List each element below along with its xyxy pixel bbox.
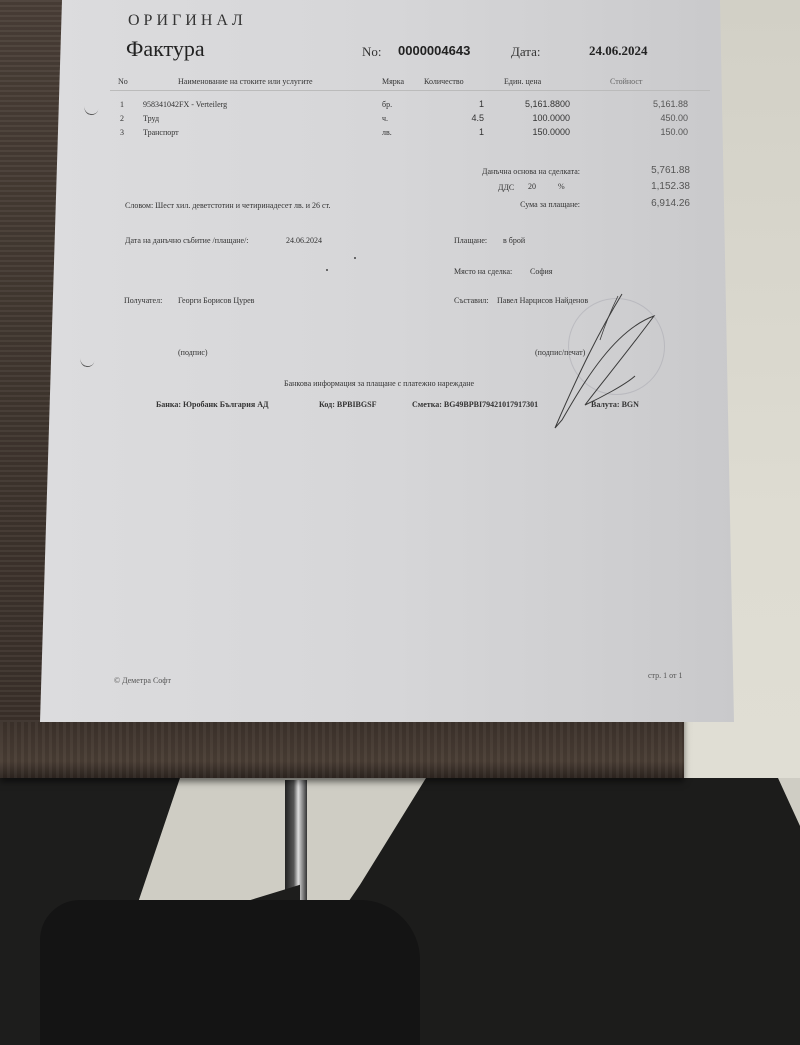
- desk-edge: [0, 722, 684, 778]
- col-header-no: No: [118, 77, 128, 86]
- vat-percent-sign: %: [558, 182, 565, 191]
- row-no: 2: [120, 114, 124, 123]
- signature-left-label: (подпис): [178, 348, 208, 357]
- row-price: 100.0000: [500, 113, 570, 123]
- row-unit: бр.: [382, 100, 392, 109]
- col-header-total: Стойност: [610, 77, 642, 86]
- row-name: Труд: [143, 114, 159, 123]
- recipient-label: Получател:: [124, 296, 162, 305]
- ink-dot: [326, 269, 328, 271]
- col-header-qty: Количество: [424, 77, 464, 86]
- row-name: Транспорт: [143, 128, 179, 137]
- place-value: София: [530, 267, 552, 276]
- row-price: 150.0000: [500, 127, 570, 137]
- row-total: 150.00: [600, 127, 688, 137]
- payment-label: Плащане:: [454, 236, 487, 245]
- row-price: 5,161.8800: [500, 99, 570, 109]
- bank-code: Код: BPBIBGSF: [319, 400, 376, 409]
- row-name: 958341042FX - Verteilerg: [143, 100, 227, 109]
- vat-label: ДДС: [498, 183, 514, 192]
- col-header-unit: Мярка: [382, 77, 404, 86]
- payment-method: в брой: [503, 236, 525, 245]
- recipient-name: Георги Борисов Цурев: [178, 296, 254, 305]
- tax-base-value: 5,761.88: [590, 165, 690, 176]
- row-qty: 1: [440, 99, 484, 109]
- pen-tick-mark: [79, 357, 95, 369]
- invoice-paper: ОРИГИНАЛ Фактура No: 0000004643 Дата: 24…: [40, 0, 734, 722]
- total-value: 6,914.26: [590, 198, 690, 209]
- invoice-number-label: No:: [362, 44, 382, 60]
- bank-account: Сметка: BG49BPBI79421017917301: [412, 400, 538, 409]
- amount-in-words: Словом: Шест хил. деветстотин и четирина…: [125, 201, 330, 210]
- ink-dot: [354, 257, 356, 259]
- invoice-title: Фактура: [126, 36, 205, 62]
- tax-event-date-label: Дата на данъчно събитие /плащане/:: [125, 236, 249, 245]
- row-unit: ч.: [382, 114, 388, 123]
- vat-rate: 20: [528, 182, 536, 191]
- footer-copyright: © Деметра Софт: [114, 676, 171, 685]
- row-total: 450.00: [600, 113, 688, 123]
- row-qty: 4.5: [440, 113, 484, 123]
- row-qty: 1: [440, 127, 484, 137]
- invoice-date-label: Дата:: [511, 44, 541, 60]
- row-total: 5,161.88: [600, 99, 688, 109]
- composer-label: Съставил:: [454, 296, 488, 305]
- col-header-price: Един. цена: [504, 77, 541, 86]
- row-no: 1: [120, 100, 124, 109]
- row-no: 3: [120, 128, 124, 137]
- place-label: Място на сделка:: [454, 267, 512, 276]
- bank-name: Банка: Юробанк България АД: [156, 400, 268, 409]
- tax-event-date: 24.06.2024: [286, 236, 322, 245]
- header-divider: [110, 90, 710, 91]
- footer-page: стр. 1 от 1: [648, 671, 683, 680]
- tax-base-label: Данъчна основа на сделката:: [420, 167, 580, 176]
- composer-name: Павел Нарцисов Найденов: [497, 296, 588, 305]
- bank-info-heading: Банкова информация за плащане с платежно…: [284, 379, 474, 388]
- row-unit: лв.: [382, 128, 392, 137]
- person-lap: [40, 900, 420, 1045]
- chair-pole: [285, 780, 307, 900]
- col-header-name: Наименование на стоките или услугите: [178, 77, 313, 86]
- invoice-number: 0000004643: [398, 43, 470, 58]
- bank-currency: Валута: BGN: [591, 400, 639, 409]
- invoice-date: 24.06.2024: [589, 43, 648, 59]
- total-label: Сума за плащане:: [420, 200, 580, 209]
- faded-stamp: [568, 298, 665, 395]
- vat-amount: 1,152.38: [590, 181, 690, 192]
- pen-tick-mark: [83, 105, 99, 117]
- copy-label: ОРИГИНАЛ: [128, 12, 247, 30]
